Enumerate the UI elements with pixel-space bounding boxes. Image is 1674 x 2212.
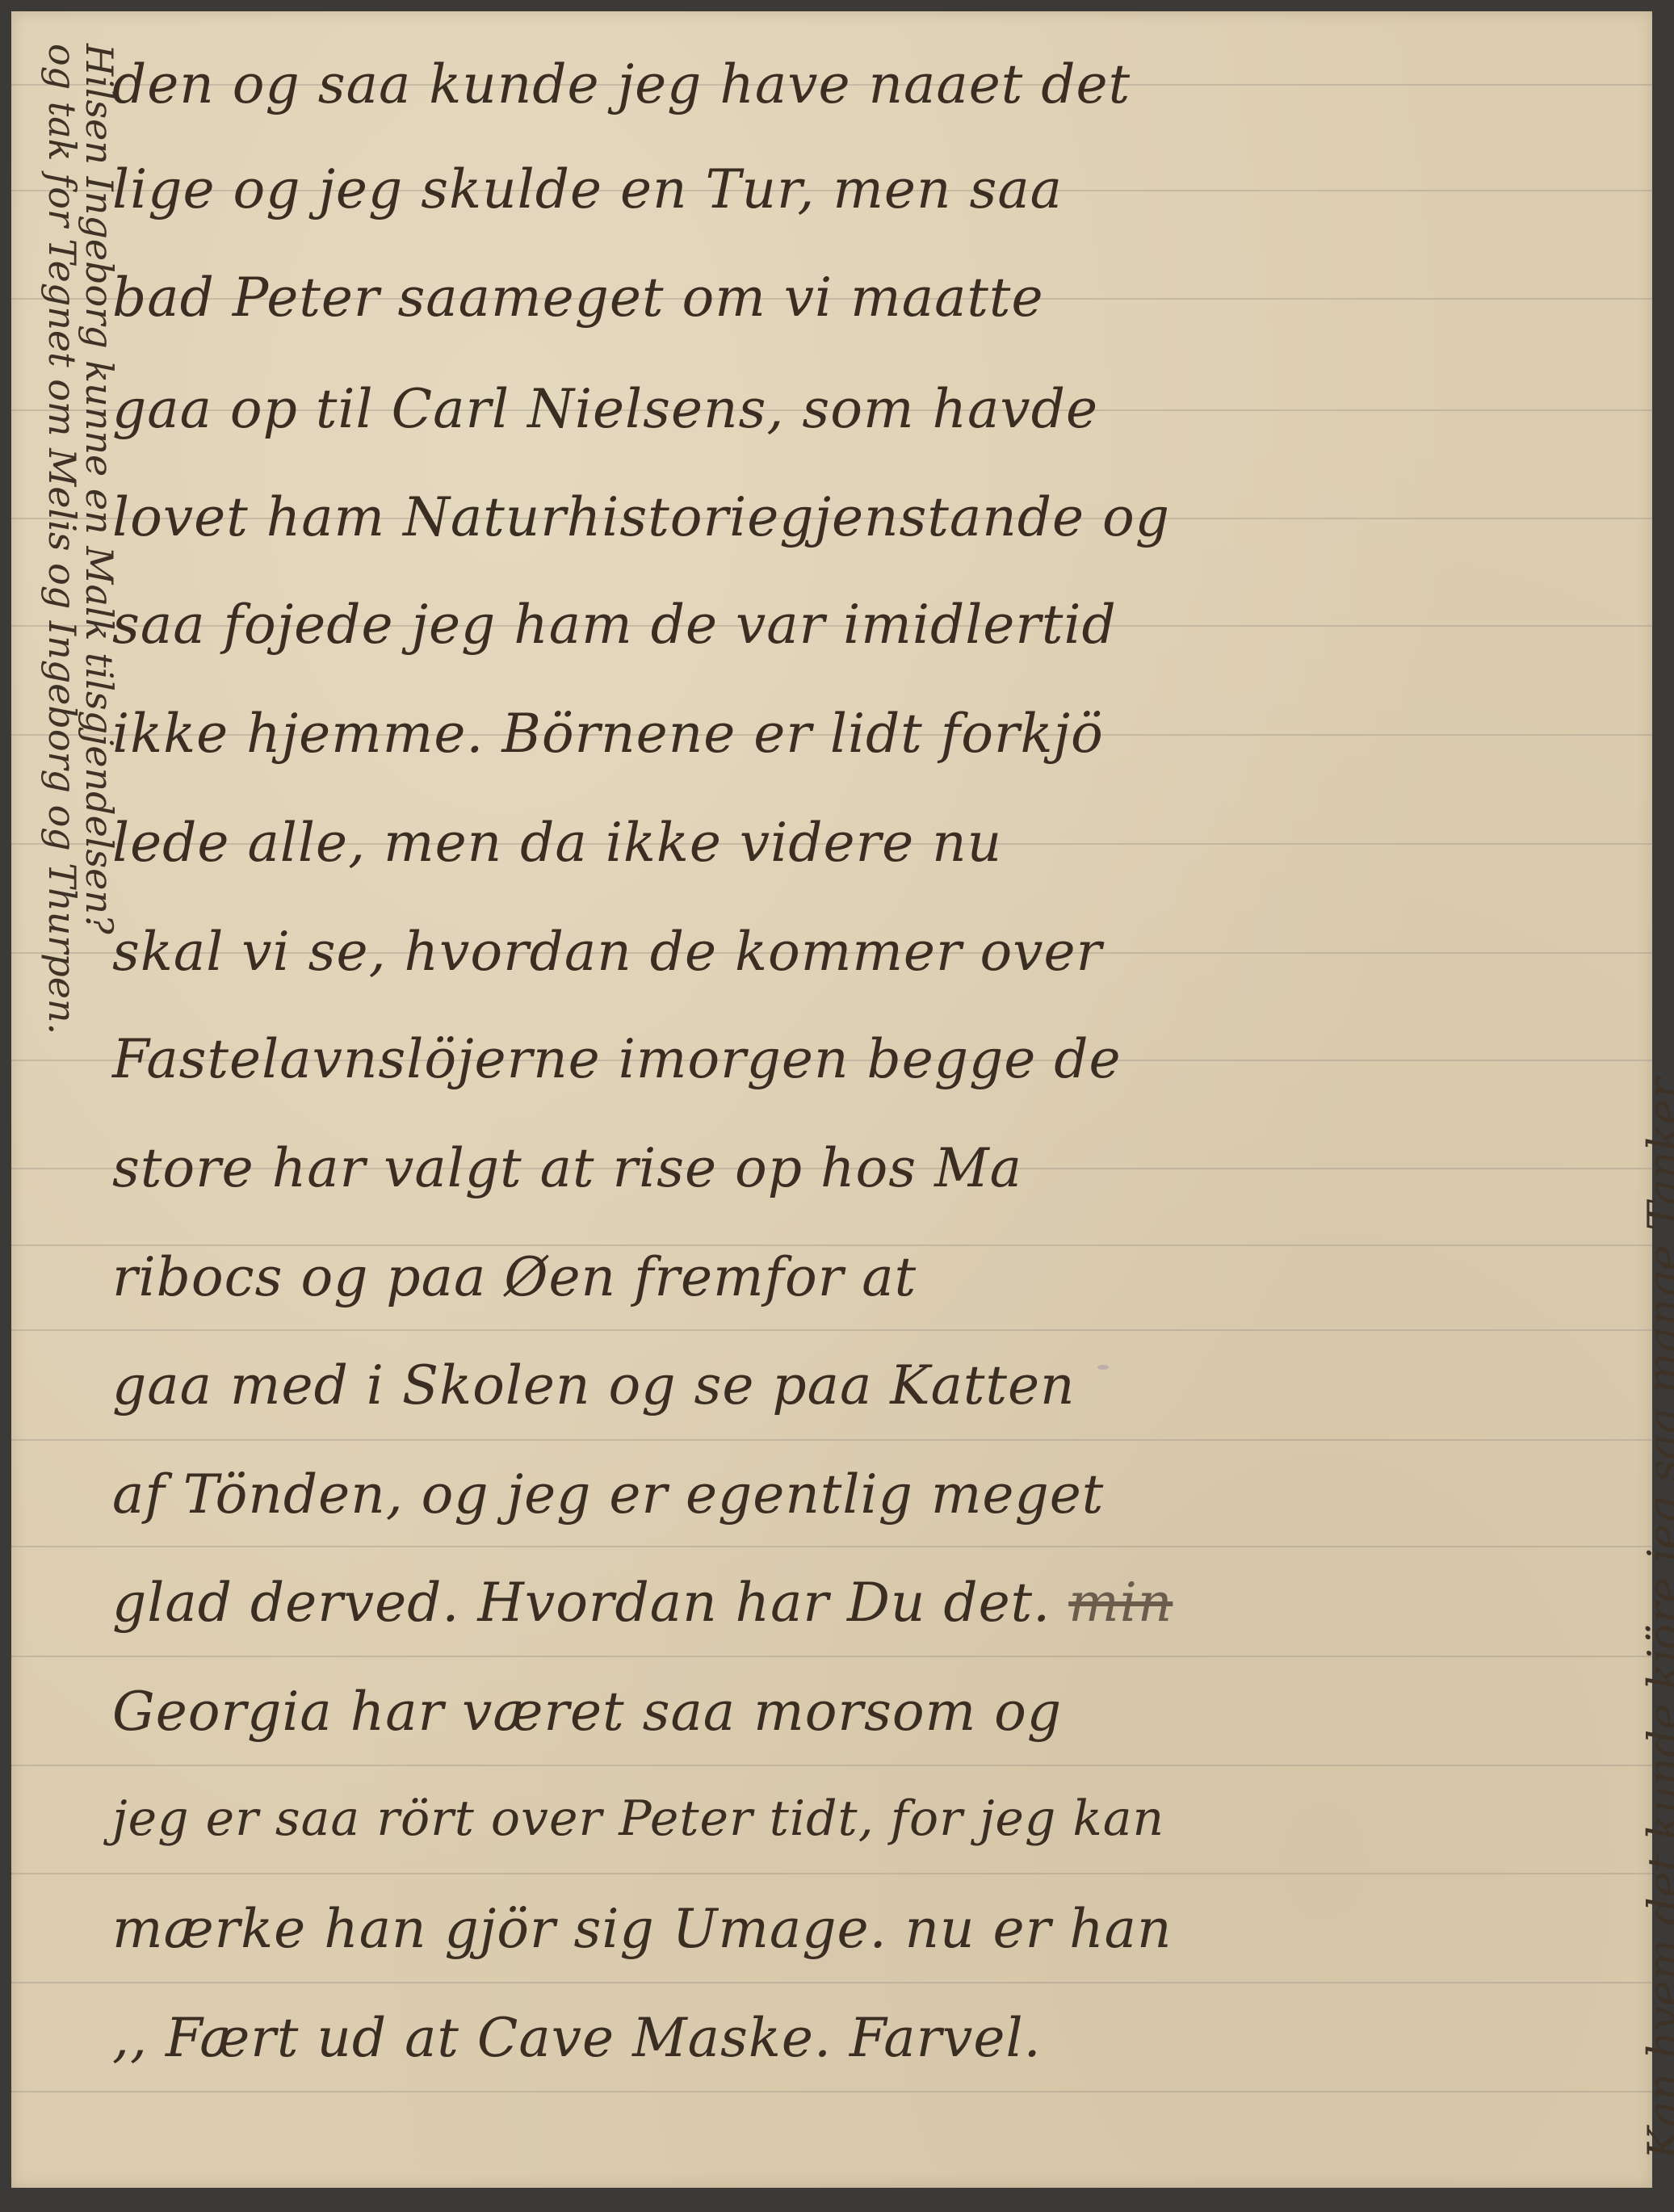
- letter-line: ,, Fært ud at Cave Maske. Farvel.: [112, 2012, 1574, 2065]
- left-margin-note-outer: og tak for Tegnet om Melis og Ingeborg o…: [44, 44, 81, 1035]
- right-margin-note: Kan hvem det kunde kjöre jeg saa mange T…: [1643, 1078, 1674, 2160]
- letter-line: gaa med i Skolen og se paa Katten: [112, 1359, 1574, 1412]
- letter-line: mærke han gjör sig Umage. nu er han: [112, 1903, 1574, 1956]
- letter-line: ikke hjemme. Börnene er lidt forkjö: [112, 707, 1574, 761]
- letter-line: Fastelavnslöjerne imorgen begge de: [112, 1033, 1574, 1086]
- ruled-line: [11, 1873, 1652, 1874]
- letter-line: lede alle, men da ikke videre nu: [112, 816, 1574, 870]
- letter-line: bad Peter saameget om vi maatte: [112, 271, 1574, 325]
- letter-line: skal vi se, hvordan de kommer over: [112, 926, 1574, 979]
- left-margin-note-inner: Hilsen Ingeborg kunne en Malk tilsgjende…: [81, 44, 118, 934]
- letter-line: jeg er saa rört over Peter tidt, for jeg…: [112, 1794, 1574, 1843]
- letter-line: lovet ham Naturhistoriegjenstande og: [112, 491, 1574, 544]
- ruled-line: [11, 1329, 1652, 1331]
- letter-line: Georgia har været saa morsom og: [112, 1685, 1574, 1739]
- ruled-line: [11, 2091, 1652, 2092]
- ruled-line: [11, 1656, 1652, 1657]
- letter-line: saa fojede jeg ham de var imidlertid: [112, 598, 1574, 652]
- letter-line: den og saa kunde jeg have naaet det: [112, 58, 1574, 111]
- struck-word: min: [1068, 1572, 1173, 1634]
- ruled-line: [11, 1439, 1652, 1441]
- letter-line: store har valgt at rise op hos Ma: [112, 1142, 1574, 1195]
- letter-line: ribocs og paa Øen fremfor at: [112, 1251, 1574, 1304]
- letter-line: gaa op til Carl Nielsens, som havde: [112, 383, 1574, 436]
- ruled-line: [11, 1765, 1652, 1766]
- letter-line: lige og jeg skulde en Tur, men saa: [112, 163, 1574, 216]
- letter-line-text: glad derved. Hvordan har Du det.: [112, 1572, 1051, 1634]
- letter-line: glad derved. Hvordan har Du det. min: [112, 1576, 1574, 1630]
- ruled-line: [11, 1546, 1652, 1547]
- ruled-line: [11, 1982, 1652, 1983]
- letter-line: af Tönden, og jeg er egentlig meget: [112, 1468, 1574, 1522]
- letter-paper: den og saa kunde jeg have naaet det lige…: [11, 11, 1652, 2188]
